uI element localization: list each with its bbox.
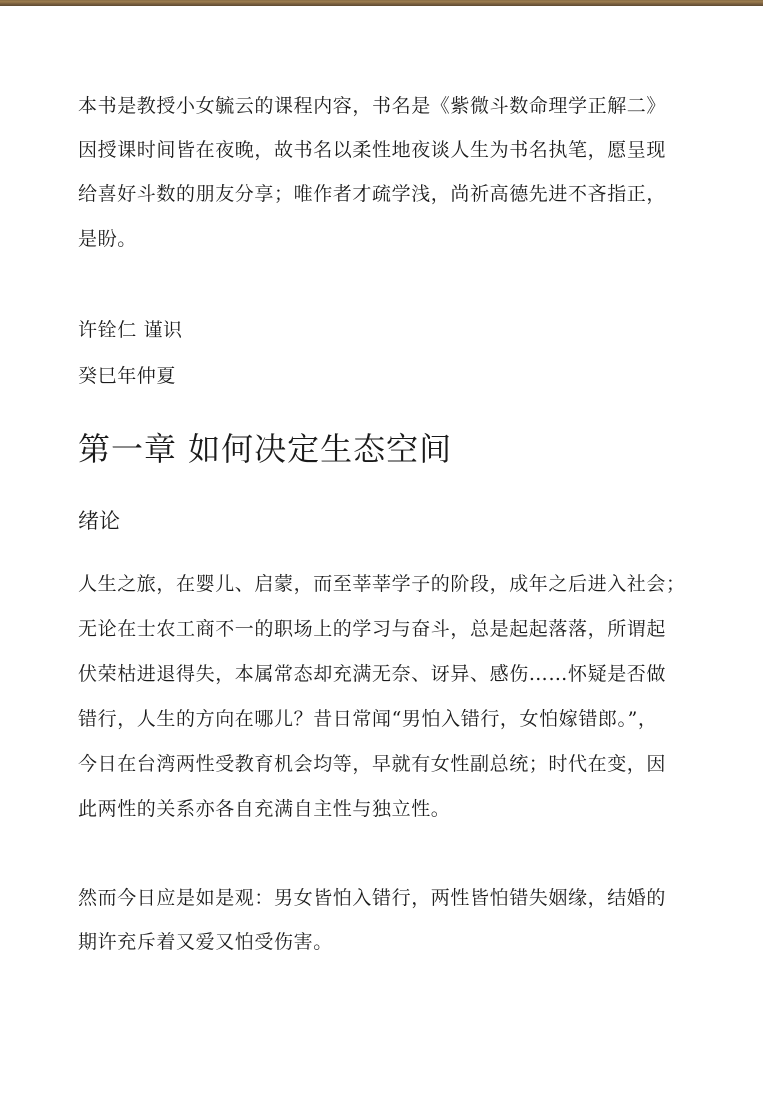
preface-line-3: 给喜好斗数的朋友分享；唯作者才疏学浅，尚祈高德先进不吝指正， — [78, 182, 666, 206]
preface-date: 癸巳年仲夏 — [78, 364, 176, 388]
preface-line-4: 是盼。 — [78, 227, 137, 251]
section-title: 绪论 — [78, 508, 120, 534]
paragraph-1-line-2: 无论在士农工商不一的职场上的学习与奋斗，总是起起落落，所谓起 — [78, 617, 666, 641]
paragraph-1-line-6: 此两性的关系亦各自充满自主性与独立性。 — [78, 797, 450, 821]
paragraph-1-line-4: 错行，人生的方向在哪儿？昔日常闻“男怕入错行，女怕嫁错郎。”， — [78, 707, 658, 731]
paragraph-1-line-5: 今日在台湾两性受教育机会均等，早就有女性副总统；时代在变，因 — [78, 752, 666, 776]
preface-line-1: 本书是教授小女毓云的课程内容，书名是《紫微斗数命理学正解二》 — [78, 94, 666, 118]
paragraph-1-line-1: 人生之旅，在婴儿、启蒙，而至莘莘学子的阶段，成年之后进入社会； — [78, 572, 686, 596]
paragraph-1-line-3: 伏荣枯进退得失，本属常态却充满无奈、讶异、感伤……怀疑是否做 — [78, 662, 666, 686]
paragraph-2-line-1: 然而今日应是如是观：男女皆怕入错行，两性皆怕错失姻缘，结婚的 — [78, 886, 666, 910]
preface-line-2: 因授课时间皆在夜晚，故书名以柔性地夜谈人生为书名执笔，愿呈现 — [78, 138, 666, 162]
paragraph-2-line-2: 期许充斥着又爱又怕受伤害。 — [78, 930, 333, 954]
chapter-title: 第一章 如何决定生态空间 — [78, 429, 452, 469]
top-decorative-bar — [0, 0, 763, 6]
preface-signature: 许铨仁 谨识 — [78, 318, 183, 342]
